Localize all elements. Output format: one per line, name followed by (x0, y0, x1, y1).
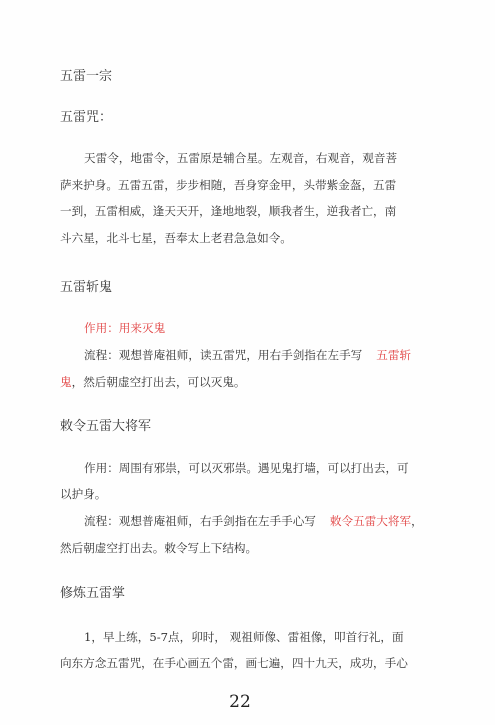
process-highlight: 敕令五雷大将军 (330, 514, 411, 528)
process-comma: ， (411, 514, 423, 528)
process-text: 流程：观想普庵祖师，读五雷咒，用右手剑指在左手写 (84, 348, 362, 362)
mantra-line-3: 一到，五雷相威，逢天天开，逢地地裂，顺我者生，逆我者亡，南 (60, 204, 432, 218)
process-line-1b: 流程：观想普庵祖师，右手剑指在左手手心写敕令五雷大将军， (60, 514, 456, 528)
process-line-2b: 然后朝虚空打出去。敕令写上下结构。 (60, 541, 432, 555)
process-highlight-cont: 鬼 (60, 375, 72, 389)
process-text-cont: ，然后朝虚空打出去，可以灭鬼。 (72, 375, 246, 389)
process-highlight: 五雷斩 (376, 348, 411, 362)
practice-line-2: 向东方念五雷咒，在手心画五个雷，画七遍，四十九天，成功，手心 (60, 656, 432, 670)
section-title-wulei-zhangui: 五雷斩鬼 (60, 280, 112, 296)
document-page: 五雷一宗 五雷咒： 天雷令，地雷令，五雷原是辅合星。左观音，右观音，观音菩 萨来… (0, 0, 495, 725)
mantra-line-1: 天雷令，地雷令，五雷原是辅合星。左观音，右观音，观音菩 (60, 151, 456, 165)
section-title-xiulian: 修炼五雷掌 (60, 586, 125, 602)
section-title-wulei-zhou: 五雷咒： (60, 110, 112, 126)
section-title-chiling: 敕令五雷大将军 (60, 419, 151, 435)
effect-line-1: 作用：周围有邪祟，可以灭邪祟。遇见鬼打墙，可以打出去，可 (60, 461, 456, 475)
process-text: 流程：观想普庵祖师，右手剑指在左手手心写 (84, 514, 316, 528)
mantra-line-2: 萨来护身。五雷五雷，步步相随，吾身穿金甲，头带紫金盔，五雷 (60, 178, 432, 192)
mantra-line-4: 斗六星，北斗七星，吾奉太上老君急急如令。 (60, 231, 432, 245)
practice-line-1: 1，早上练，5-7点，卯时， 观祖师像、雷祖像，叩首行礼，面 (60, 630, 456, 644)
process-line-2: 鬼，然后朝虚空打出去，可以灭鬼。 (60, 375, 432, 389)
effect-line-2: 以护身。 (60, 487, 432, 501)
effect-line-red: 作用：用来灭鬼 (60, 321, 456, 335)
process-line-1: 流程：观想普庵祖师，读五雷咒，用右手剑指在左手写五雷斩 (60, 348, 456, 362)
page-number: 22 (0, 692, 480, 712)
section-title-wulei-yizong: 五雷一宗 (60, 69, 112, 85)
